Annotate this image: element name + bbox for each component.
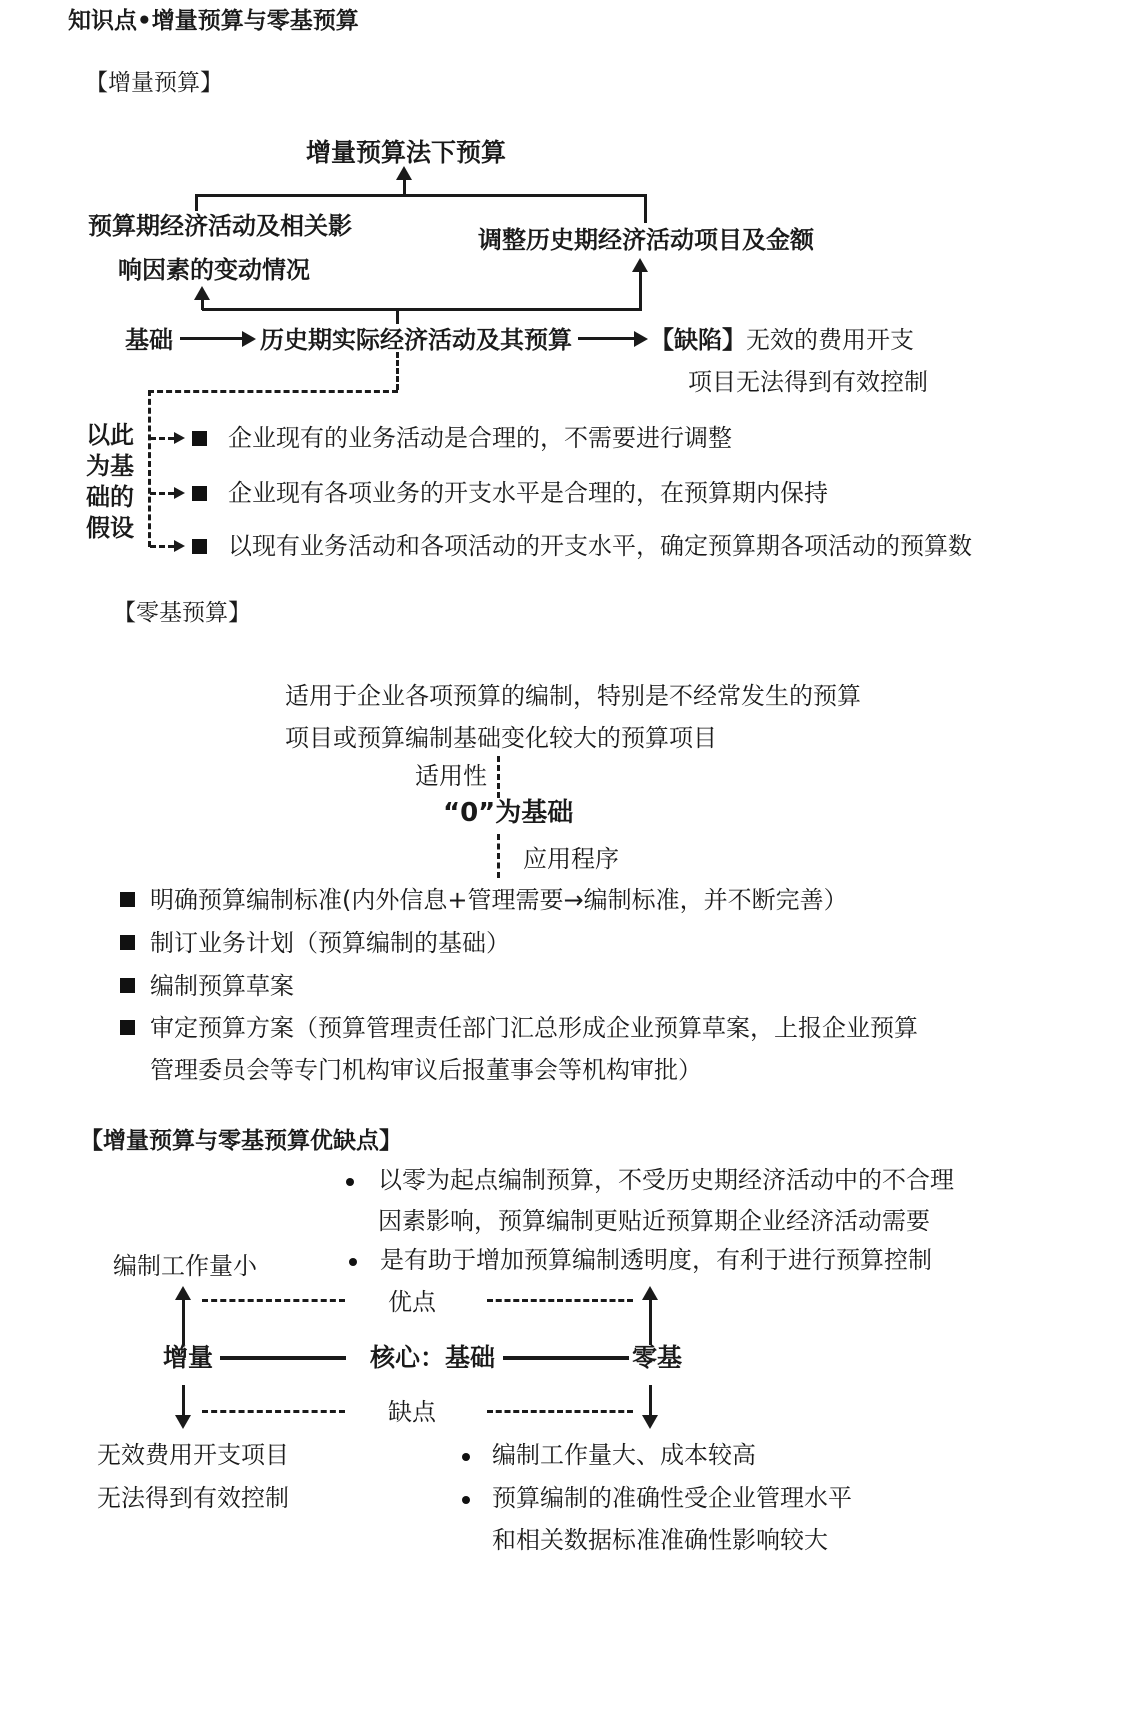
node-adjust-history: 调整历史期经济活动项目及金额 bbox=[478, 226, 814, 255]
zero-con1: 编制工作量大、成本较高 bbox=[492, 1441, 756, 1470]
dashed-branch bbox=[150, 492, 174, 495]
applicability-label: 适用性 bbox=[415, 762, 487, 791]
dashed-line-horizontal bbox=[148, 390, 398, 393]
arrow-right-icon bbox=[174, 540, 185, 552]
arrow-down-icon bbox=[642, 1415, 658, 1429]
arrow-right-icon bbox=[174, 432, 185, 444]
dashed-line-vertical bbox=[497, 756, 500, 798]
dot-bullet-icon bbox=[462, 1453, 470, 1461]
node-base-label: 基础 bbox=[125, 326, 173, 355]
dashed-line-horizontal bbox=[202, 1410, 345, 1413]
square-bullet-icon bbox=[192, 486, 207, 501]
bracket-bottom-line bbox=[202, 308, 642, 311]
document-canvas: 知识点•增量预算与零基预算 【增量预算】 增量预算法下预算 预算期经济活动及相关… bbox=[0, 0, 1138, 1735]
square-bullet-icon bbox=[192, 539, 207, 554]
node-incremental: 增量 bbox=[163, 1343, 213, 1373]
connector-line bbox=[182, 1299, 185, 1345]
connector-stem bbox=[396, 308, 399, 324]
node-history-activity-budget: 历史期实际经济活动及其预算 bbox=[260, 326, 572, 355]
connector-line bbox=[180, 337, 242, 340]
assumption-text-2: 企业现有各项业务的开支水平是合理的，在预算期内保持 bbox=[228, 479, 828, 508]
step-text-2: 制订业务计划（预算编制的基础） bbox=[150, 929, 510, 958]
square-bullet-icon bbox=[192, 431, 207, 446]
assumption-text-1: 企业现有的业务活动是合理的，不需要进行调整 bbox=[228, 424, 732, 453]
step-text-4-line1: 审定预算方案（预算管理责任部门汇总形成企业预算草案，上报企业预算 bbox=[150, 1014, 918, 1043]
dashed-stem bbox=[396, 352, 399, 390]
bracket-left-tick bbox=[195, 194, 198, 211]
square-bullet-icon bbox=[120, 1020, 135, 1035]
dashed-line-horizontal bbox=[487, 1410, 633, 1413]
connector-line bbox=[639, 271, 642, 310]
step-text-1: 明确预算编制标准(内外信息+管理需要→编制标准，并不断完善） bbox=[150, 886, 848, 915]
square-bullet-icon bbox=[120, 978, 135, 993]
defect-note-line1: 【缺陷】无效的费用开支 bbox=[650, 326, 914, 355]
square-bullet-icon bbox=[120, 892, 135, 907]
connector-line bbox=[220, 1356, 346, 1360]
applicability-text-line2: 项目或预算编制基础变化较大的预算项目 bbox=[285, 724, 717, 753]
pros-label: 优点 bbox=[388, 1288, 436, 1317]
bracket-top-line bbox=[195, 194, 647, 197]
arrow-right-icon bbox=[634, 331, 648, 347]
section-header-zero: 【零基预算】 bbox=[113, 600, 251, 628]
dashed-branch bbox=[150, 545, 174, 548]
defect-tag: 【缺陷】 bbox=[650, 326, 746, 354]
assumption-text-3: 以现有业务活动和各项活动的开支水平，确定预算期各项活动的预算数 bbox=[228, 532, 972, 561]
connector-line bbox=[578, 337, 634, 340]
arrow-right-icon bbox=[242, 331, 256, 347]
section-header-incremental: 【增量预算】 bbox=[85, 70, 223, 98]
arrow-up-icon bbox=[396, 166, 412, 180]
section-header-comparison: 【增量预算与零基预算优缺点】 bbox=[80, 1128, 402, 1156]
dot-bullet-icon bbox=[462, 1496, 470, 1504]
dashed-line-horizontal bbox=[487, 1299, 633, 1302]
node-forecast-activity-line1: 预算期经济活动及相关影 bbox=[88, 212, 352, 241]
bracket-right-tick bbox=[644, 194, 647, 223]
arrow-up-icon bbox=[194, 286, 210, 300]
dashed-line-horizontal bbox=[202, 1299, 345, 1302]
page-title: 知识点•增量预算与零基预算 bbox=[68, 8, 359, 36]
arrow-up-icon bbox=[632, 258, 648, 272]
node-zero-based: 零基 bbox=[632, 1343, 682, 1373]
zero-pro1-line1: 以零为起点编制预算，不受历史期经济活动中的不合理 bbox=[378, 1166, 954, 1195]
step-text-3: 编制预算草案 bbox=[150, 972, 294, 1001]
connector-line bbox=[182, 1385, 185, 1415]
zero-con2-line1: 预算编制的准确性受企业管理水平 bbox=[492, 1484, 852, 1513]
node-forecast-activity-line2: 响因素的变动情况 bbox=[118, 256, 310, 285]
incremental-pro: 编制工作量小 bbox=[113, 1252, 257, 1281]
dashed-line-vertical bbox=[148, 390, 151, 547]
square-bullet-icon bbox=[120, 935, 135, 950]
arrow-down-icon bbox=[175, 1415, 191, 1429]
connector-line bbox=[649, 1299, 652, 1345]
incremental-con-line1: 无效费用开支项目 bbox=[97, 1441, 289, 1470]
arrow-up-icon bbox=[175, 1286, 191, 1300]
zero-pro2: 是有助于增加预算编制透明度，有利于进行预算控制 bbox=[380, 1246, 932, 1275]
dashed-line-vertical bbox=[497, 834, 500, 878]
defect-note-line2: 项目无法得到有效控制 bbox=[688, 368, 928, 397]
incremental-con-line2: 无法得到有效控制 bbox=[97, 1484, 289, 1513]
dot-bullet-icon bbox=[349, 1258, 357, 1266]
node-zero-base: “0”为基础 bbox=[443, 798, 573, 829]
defect-text: 无效的费用开支 bbox=[746, 326, 914, 354]
connector-line bbox=[503, 1356, 629, 1360]
connector-line bbox=[403, 179, 406, 195]
applicability-text-line1: 适用于企业各项预算的编制，特别是不经常发生的预算 bbox=[285, 682, 861, 711]
zero-con2-line2: 和相关数据标准准确性影响较大 bbox=[492, 1526, 828, 1555]
arrow-up-icon bbox=[642, 1286, 658, 1300]
arrow-right-icon bbox=[174, 487, 185, 499]
dot-bullet-icon bbox=[346, 1178, 354, 1186]
zero-pro1-line2: 因素影响，预算编制更贴近预算期企业经济活动需要 bbox=[378, 1207, 930, 1236]
procedure-label: 应用程序 bbox=[523, 845, 619, 874]
hypothesis-label: 以此 为基 础的 假设 bbox=[86, 420, 134, 544]
dashed-branch bbox=[150, 437, 174, 440]
connector-line bbox=[649, 1385, 652, 1415]
cons-label: 缺点 bbox=[388, 1398, 436, 1427]
node-incremental-method-budget: 增量预算法下预算 bbox=[306, 138, 506, 168]
node-core-basis: 核心：基础 bbox=[370, 1343, 495, 1373]
step-text-4-line2: 管理委员会等专门机构审议后报董事会等机构审批） bbox=[150, 1056, 702, 1085]
